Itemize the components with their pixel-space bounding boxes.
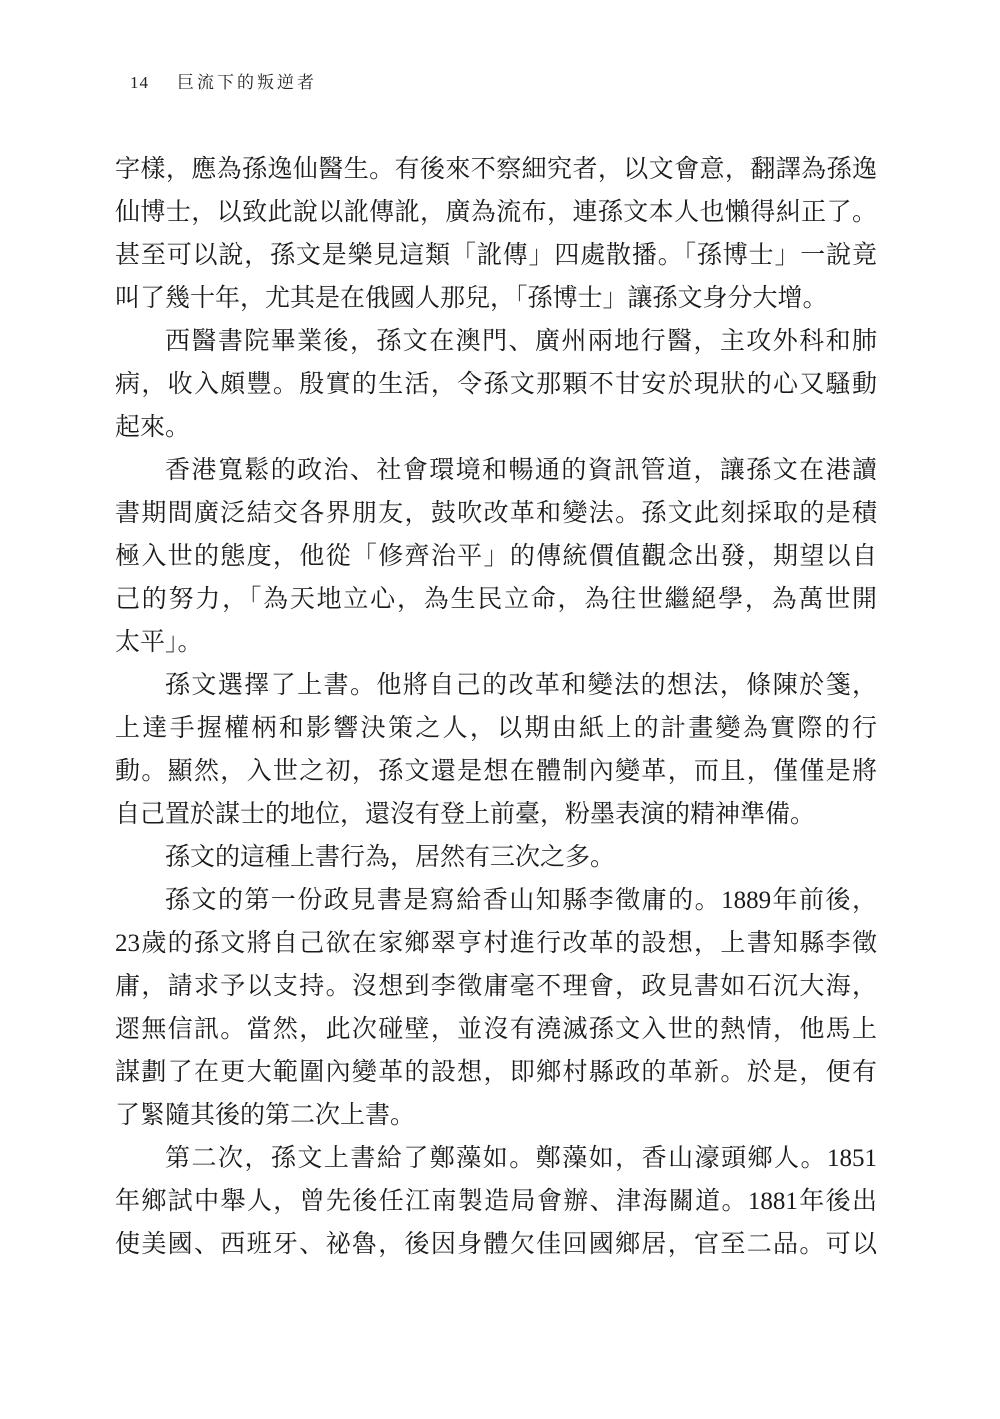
text-line: 仙博士，以致此說以訛傳訛，廣為流布，連孫文本人也懶得糾正了。 [115,191,877,234]
book-page: 14巨流下的叛逆者 字樣，應為孫逸仙醫生。有後來不察細究者，以文會意，翻譯為孫逸… [0,0,1000,1419]
text-line: 病，收入頗豐。殷實的生活，令孫文那顆不甘安於現狀的心又騷動 [115,363,877,406]
text-line: 了緊隨其後的第二次上書。 [115,1094,877,1137]
text-line: 孫文的這種上書行為，居然有三次之多。 [115,836,877,879]
text-line: 太平」。 [115,621,877,664]
text-line: 起來。 [115,406,877,449]
text-line: 自己置於謀士的地位，還沒有登上前臺，粉墨表演的精神準備。 [115,793,877,836]
text-line: 香港寬鬆的政治、社會環境和暢通的資訊管道，讓孫文在港讀 [115,449,877,492]
paragraph: 香港寬鬆的政治、社會環境和暢通的資訊管道，讓孫文在港讀 書期間廣泛結交各界朋友，… [115,449,877,664]
text-line: 使美國、西班牙、祕魯，後因身體欠佳回國鄉居，官至二品。可以 [115,1223,877,1266]
paragraph: 字樣，應為孫逸仙醫生。有後來不察細究者，以文會意，翻譯為孫逸 仙博士，以致此說以… [115,148,877,320]
page-number: 14 [130,73,149,93]
text-line: 庸，請求予以支持。沒想到李徵庸毫不理會，政見書如石沉大海， [115,965,877,1008]
paragraph: 孫文的第一份政見書是寫給香山知縣李徵庸的。1889年前後， 23歲的孫文將自己欲… [115,879,877,1137]
body-text: 字樣，應為孫逸仙醫生。有後來不察細究者，以文會意，翻譯為孫逸 仙博士，以致此說以… [115,148,877,1266]
text-line: 動。顯然，入世之初，孫文還是想在體制內變革，而且，僅僅是將 [115,750,877,793]
text-line: 第二次，孫文上書給了鄭藻如。鄭藻如，香山濠頭鄉人。1851 [115,1137,877,1180]
text-line: 書期間廣泛結交各界朋友，鼓吹改革和變法。孫文此刻採取的是積 [115,492,877,535]
text-line: 甚至可以說，孫文是樂見這類「訛傳」四處散播。「孫博士」一說竟 [115,234,877,277]
text-line: 謀劃了在更大範圍內變革的設想，即鄉村縣政的革新。於是，便有 [115,1051,877,1094]
paragraph: 西醫書院畢業後，孫文在澳門、廣州兩地行醫，主攻外科和肺 病，收入頗豐。殷實的生活… [115,320,877,449]
text-line: 孫文選擇了上書。他將自己的改革和變法的想法，條陳於箋， [115,664,877,707]
paragraph: 孫文選擇了上書。他將自己的改革和變法的想法，條陳於箋， 上達手握權柄和影響決策之… [115,664,877,836]
running-header: 14巨流下的叛逆者 [130,68,317,93]
paragraph: 第二次，孫文上書給了鄭藻如。鄭藻如，香山濠頭鄉人。1851 年鄉試中舉人，曾先後… [115,1137,877,1266]
paragraph: 孫文的這種上書行為，居然有三次之多。 [115,836,877,879]
text-line: 己的努力，「為天地立心，為生民立命，為往世繼絕學，為萬世開 [115,578,877,621]
text-line: 西醫書院畢業後，孫文在澳門、廣州兩地行醫，主攻外科和肺 [115,320,877,363]
text-line: 遝無信訊。當然，此次碰壁，並沒有澆滅孫文入世的熱情，他馬上 [115,1008,877,1051]
text-line: 極入世的態度，他從「修齊治平」的傳統價值觀念出發，期望以自 [115,535,877,578]
text-line: 23歲的孫文將自己欲在家鄉翠亨村進行改革的設想，上書知縣李徵 [115,922,877,965]
text-line: 上達手握權柄和影響決策之人，以期由紙上的計畫變為實際的行 [115,707,877,750]
text-line: 孫文的第一份政見書是寫給香山知縣李徵庸的。1889年前後， [115,879,877,922]
text-line: 叫了幾十年，尤其是在俄國人那兒，「孫博士」讓孫文身分大增。 [115,277,877,320]
text-line: 年鄉試中舉人，曾先後任江南製造局會辦、津海關道。1881年後出 [115,1180,877,1223]
text-line: 字樣，應為孫逸仙醫生。有後來不察細究者，以文會意，翻譯為孫逸 [115,148,877,191]
book-title: 巨流下的叛逆者 [177,68,317,93]
